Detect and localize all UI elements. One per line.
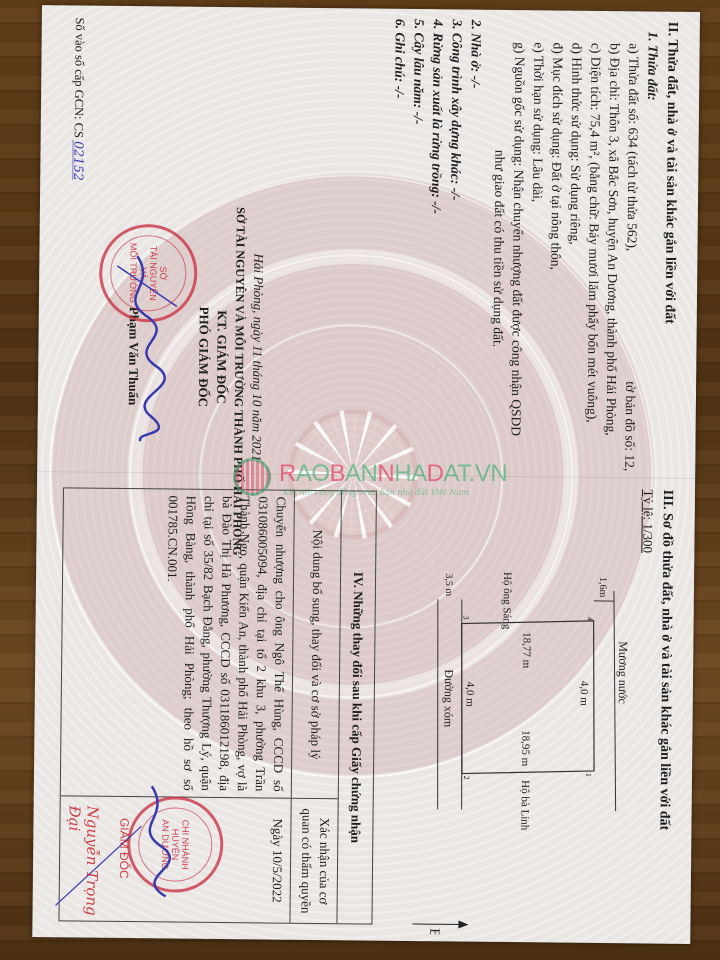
stamp-line: TÀI NGUYÊN (148, 246, 159, 301)
top-width-label: 4,0 m (578, 681, 590, 707)
north-label: B (426, 928, 441, 934)
section-iii: III. Sơ đồ thửa đất, nhà ở và tài sản kh… (634, 489, 677, 929)
parcel-diagram: Mương nước 1,6m 4,0 m 4,0 m 18,77 m 18,9… (431, 569, 634, 831)
corner-label: 2 (462, 776, 471, 780)
signer-title: PHÓ GIÁM ĐỐC (193, 207, 214, 507)
change-entry-text: Chuyển nhượng cho ông Ngô Thế Hùng, CCCD… (61, 488, 294, 798)
corner-label: 3 (462, 616, 471, 620)
stamp-line: VÀ (138, 267, 148, 279)
north-arrow-icon: B (410, 914, 470, 935)
approver-name: Nguyễn Trọng Đại (64, 805, 101, 937)
corner-label: 1 (584, 773, 593, 777)
bottom-width-label: 4,0 m (464, 682, 476, 708)
branch-stamp-icon: CHI NHÁNH HUYỆN AN DƯƠNG (127, 796, 224, 893)
col-content-header: Nội dung bổ sung, thay đổi và cơ sở pháp… (292, 491, 341, 799)
parcel-number: a) Thửa đất số: 634 (tách từ thửa 562), (622, 43, 643, 251)
bottom-boundary-label: Đường xóm (441, 669, 456, 728)
left-side-label: 18,77 m (520, 632, 532, 669)
stamp-line: SỞ (158, 266, 168, 280)
top-boundary-label: Mương nước (616, 641, 631, 704)
registry-number: Số vào sổ cấp GCN: CS 02152 (70, 17, 88, 181)
right-side-label: 18,95 m (519, 730, 531, 767)
stamp-line: CHI NHÁNH (180, 820, 191, 870)
col-confirm-header: Xác nhận của cơ quan có thẩm quyền (290, 799, 337, 923)
corner-label: 4 (586, 617, 595, 621)
map-sheet: tờ bản đồ số: 12, (620, 381, 640, 471)
section-iii-title: III. Sơ đồ thửa đất, nhà ở và tài sản kh… (653, 490, 677, 930)
land-use-certificate: II. Thửa đất, nhà ở và tài sản khác gắn … (32, 5, 700, 944)
road-width-label: 3,5 m (443, 573, 454, 596)
changes-table-header: Nội dung bổ sung, thay đổi và cơ sở pháp… (289, 491, 341, 923)
stamp-line: MÔI TRƯỜNG (128, 243, 139, 303)
left-neighbor-label: Hộ ông Sáng (501, 572, 514, 630)
section-ii: II. Thửa đất, nhà ở và tài sản khác gắn … (386, 19, 682, 472)
top-gap-label: 1,6m (597, 577, 608, 598)
registry-label: Số vào sổ cấp GCN: CS (72, 17, 87, 138)
issuing-organization: SỞ TÀI NGUYÊN VÀ MÔI TRƯỜNG THÀNH PHỐ HẢ… (229, 207, 250, 507)
official-stamp-icon: SỞ TÀI NGUYÊN VÀ MÔI TRƯỜNG (99, 224, 198, 323)
right-neighbor-label: Hộ bà Linh (518, 780, 531, 831)
stamp-line: AN DƯƠNG (160, 819, 171, 870)
changes-table-title: IV. Những thay đổi sau khi cấp Giấy chứn… (336, 491, 376, 923)
registry-value: 02152 (71, 141, 86, 181)
issue-date: Hải Phòng, ngày 11 tháng 10 năm 2021 (247, 207, 268, 507)
approver-title: GIÁM ĐỐC (117, 818, 132, 879)
stamp-line: HUYỆN (170, 829, 180, 861)
